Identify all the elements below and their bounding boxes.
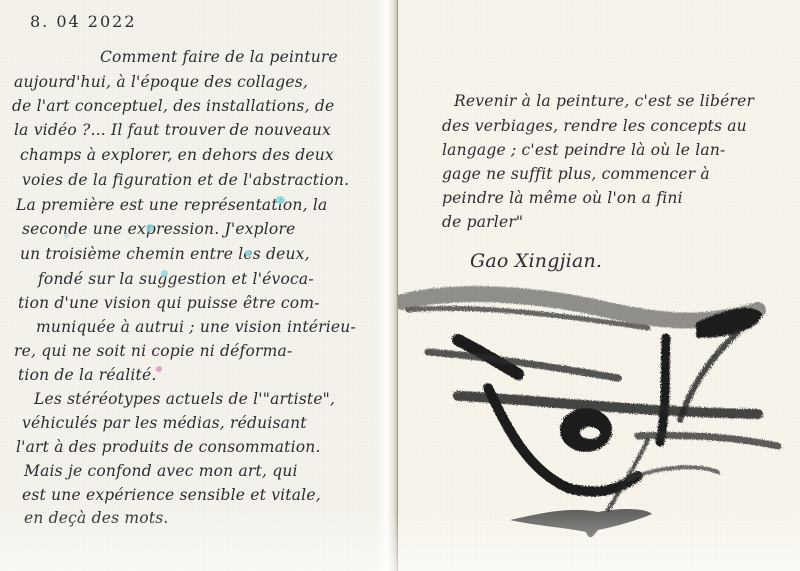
text-line: tion d'une vision qui puisse être com- — [18, 294, 320, 312]
text-line: fondé sur la suggestion et l'évoca- — [38, 270, 314, 288]
signature: Gao Xingjian. — [470, 250, 602, 272]
text-line: Comment faire de la peinture — [100, 48, 338, 66]
text-line: tion de la réalité. — [18, 366, 156, 384]
watercolor-dot — [146, 224, 154, 232]
left-page: 8. 04 2022 Comment faire de la peinture … — [0, 0, 397, 571]
watercolor-dot — [245, 250, 252, 257]
pink-ink-dot — [156, 366, 162, 372]
quote-line: peindre là même où l'on a fini — [442, 189, 683, 207]
text-line: l'art à des produits de consommation. — [16, 438, 321, 456]
page-curl-highlight — [376, 0, 394, 571]
text-line: champs à explorer, en dehors des deux — [20, 146, 334, 164]
text-line: aujourd'hui, à l'époque des collages, — [14, 73, 308, 91]
quote-line: de parler" — [442, 213, 523, 231]
text-line: Mais je confond avec mon art, qui — [24, 462, 298, 480]
text-line: muniquée à autrui ; une vision intérieu- — [36, 318, 356, 336]
text-line: un troisième chemin entre les deux, — [20, 245, 310, 263]
quote-line: gage ne suffit plus, commencer à — [442, 165, 710, 183]
text-line: véhiculés par les médias, réduisant — [22, 414, 307, 432]
text-line: en deçà des mots. — [24, 509, 169, 527]
quote-line: Revenir à la peinture, c'est se libérer — [454, 92, 754, 110]
text-line: de l'art conceptuel, des installations, … — [12, 97, 334, 115]
watercolor-dot — [276, 196, 285, 204]
entry-date: 8. 04 2022 — [30, 12, 137, 31]
ink-brush-painting — [398, 280, 800, 540]
text-line: la vidéo ?... Il faut trouver de nouveau… — [14, 121, 331, 139]
text-line: re, qui ne soit ni copie ni déforma- — [14, 342, 292, 360]
quote-line: langage ; c'est peindre là où le lan- — [442, 141, 725, 159]
notebook-spread: 8. 04 2022 Comment faire de la peinture … — [0, 0, 800, 571]
quote-line: des verbiages, rendre les concepts au — [442, 117, 747, 135]
text-line: est une expérience sensible et vitale, — [22, 486, 321, 504]
watercolor-dot — [64, 233, 69, 238]
watercolor-dot — [161, 270, 168, 277]
text-line: voies de la figuration et de l'abstracti… — [22, 171, 349, 189]
text-line: Les stéréotypes actuels de l'"artiste", — [34, 390, 335, 408]
ink-reflection — [510, 509, 652, 537]
brush-stroke — [660, 338, 666, 442]
